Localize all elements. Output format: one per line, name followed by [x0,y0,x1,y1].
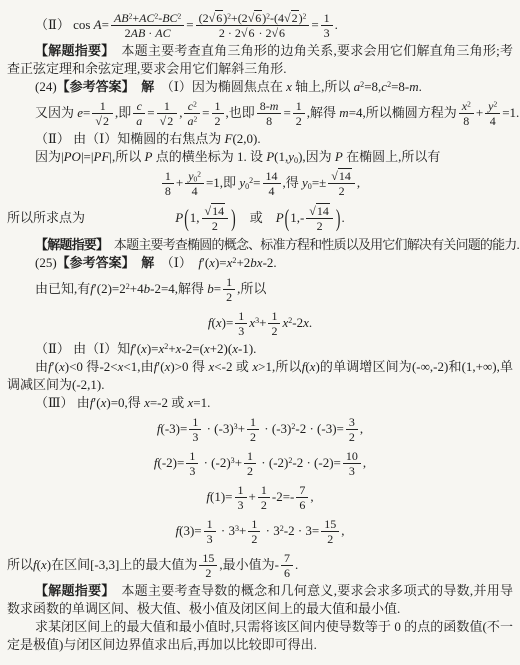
fraction: 152 [321,517,339,545]
hint-triangle: 【解题指要】 本题主要考查直角三角形的边角关系,要求会用它们解直角三角形;考查正… [7,42,513,78]
fraction: 18 [162,169,174,197]
f-neg3-formula: f(-3)=13 · (-3)3+12 · (-3)2-2 · (-3)=32, [7,412,513,446]
line-label: 所以所求点为 [7,200,85,236]
fraction: 32 [346,415,358,443]
fraction: 103 [343,449,361,477]
sqrt: √2 [95,113,110,128]
hint-method: 求某闭区间上的最大值和最小值时,只需将该区间内使导数等于 0 的点的函数值(不一… [7,618,513,654]
fraction: ca [133,99,145,127]
f-1-formula: f(1)=13+12-2=-76, [7,480,513,514]
sqrt: √2 [160,113,175,128]
sqrt: √6 [271,25,286,40]
fraction: 76 [281,551,293,579]
ellipse-eccentricity-line: 又因为 e=1√2,即ca=1√2,c2a2=12,也即8-m8=12,解得 m… [7,96,513,130]
required-points-line: 所以所求点为P(1,√142) 或 P(1,-√142). [7,200,513,236]
fraction: 1√2 [157,99,178,127]
hint-derivative: 【解题指要】 本题主要考查导数的概念和几何意义,要求会求多项式的导数,并用导数求… [7,582,513,618]
fraction: 12 [293,99,305,127]
fraction: 152 [199,551,217,579]
fraction: 1√2 [92,99,113,127]
point-p-line: 因为|PO|=|PF|,所以 P 点的横坐标为 1. 设 P(1,y0),因为 … [7,148,513,166]
answer-24-part1: (24)【参考答案】 解 （Ⅰ）因为椭圆焦点在 x 轴上,所以 a2=8,c2=… [7,78,513,96]
sqrt: √2 [284,10,299,25]
fraction: 13 [321,11,333,39]
fraction: 13 [186,449,198,477]
fraction: y24 [485,99,500,127]
sqrt: √6 [248,10,263,25]
f-x-formula: f(x)=13x3+12x2-2x. [7,306,513,340]
fraction: c2a2 [184,99,200,127]
hint-ellipse: 【解题指要】 本题主要考查椭圆的概念、标准方程和性质以及用它们解决有关问题的能力… [7,236,513,254]
fraction: √142 [328,169,355,197]
fraction: 13 [235,483,247,511]
sqrt: √14 [309,203,330,218]
fraction: 12 [268,309,280,337]
fraction: 76 [296,483,308,511]
sqrt: √14 [331,168,352,183]
f-neg2-formula: f(-2)=13 · (-2)3+12 · (-2)2-2 · (-2)=103… [7,446,513,480]
derivative-condition-line: 由已知,有f′(2)=22+4b-2=4,解得 b=12,所以 [7,272,513,306]
answer-25-part1: (25)【参考答案】 解 （Ⅰ） f′(x)=x2+2bx-2. [7,254,513,272]
answer-24-part2: （Ⅱ） 由（Ⅰ）知椭圆的右焦点为 F(2,0). [7,130,513,148]
sqrt: √14 [205,203,226,218]
f-3-formula: f(3)=13 · 33+12 · 32-2 · 3=152, [7,514,513,548]
fraction: √142 [306,204,333,232]
document-body: （Ⅱ） cos A=AB2+AC2-BC22AB · AC=(2√6)2+(2√… [7,8,513,654]
ellipse-substitution-formula: 18+y024=1,即 y02=144,得 y0=±√142, [7,166,513,200]
fraction: x28 [459,99,474,127]
cos-a-formula: （Ⅱ） cos A=AB2+AC2-BC22AB · AC=(2√6)2+(2√… [7,8,513,42]
fraction: 12 [223,275,235,303]
fraction: 12 [248,517,260,545]
fraction: 12 [247,415,259,443]
monotonic-intervals: 由f′(x)<0 得-2<x<1,由f′(x)>0 得 x<-2 或 x>1,所… [7,358,513,394]
fraction: 12 [258,483,270,511]
answer-25-part3: （Ⅲ） 由f′(x)=0,得 x=-2 或 x=1. [7,394,513,412]
answer-25-part2: （Ⅱ） 由（Ⅰ）知f′(x)=x2+x-2=(x+2)(x-1). [7,340,513,358]
fraction: 13 [204,517,216,545]
fraction: 13 [189,415,201,443]
fraction: AB2+AC2-BC22AB · AC [111,11,184,39]
fraction: √142 [202,204,229,232]
fraction: 8-m8 [257,99,282,127]
fraction: 12 [244,449,256,477]
solution-page: （Ⅱ） cos A=AB2+AC2-BC22AB · AC=(2√6)2+(2√… [0,0,520,654]
fraction: 144 [263,169,281,197]
max-min-conclusion: 所以f(x)在区间[-3,3]上的最大值为152,最小值为-76. [7,548,513,582]
fraction: 13 [235,309,247,337]
sqrt: √6 [241,25,256,40]
sqrt: √6 [209,10,224,25]
fraction: (2√6)2+(2√6)2-(4√2)22 · 2√6 · 2√6 [196,11,310,39]
fraction: 12 [212,99,224,127]
